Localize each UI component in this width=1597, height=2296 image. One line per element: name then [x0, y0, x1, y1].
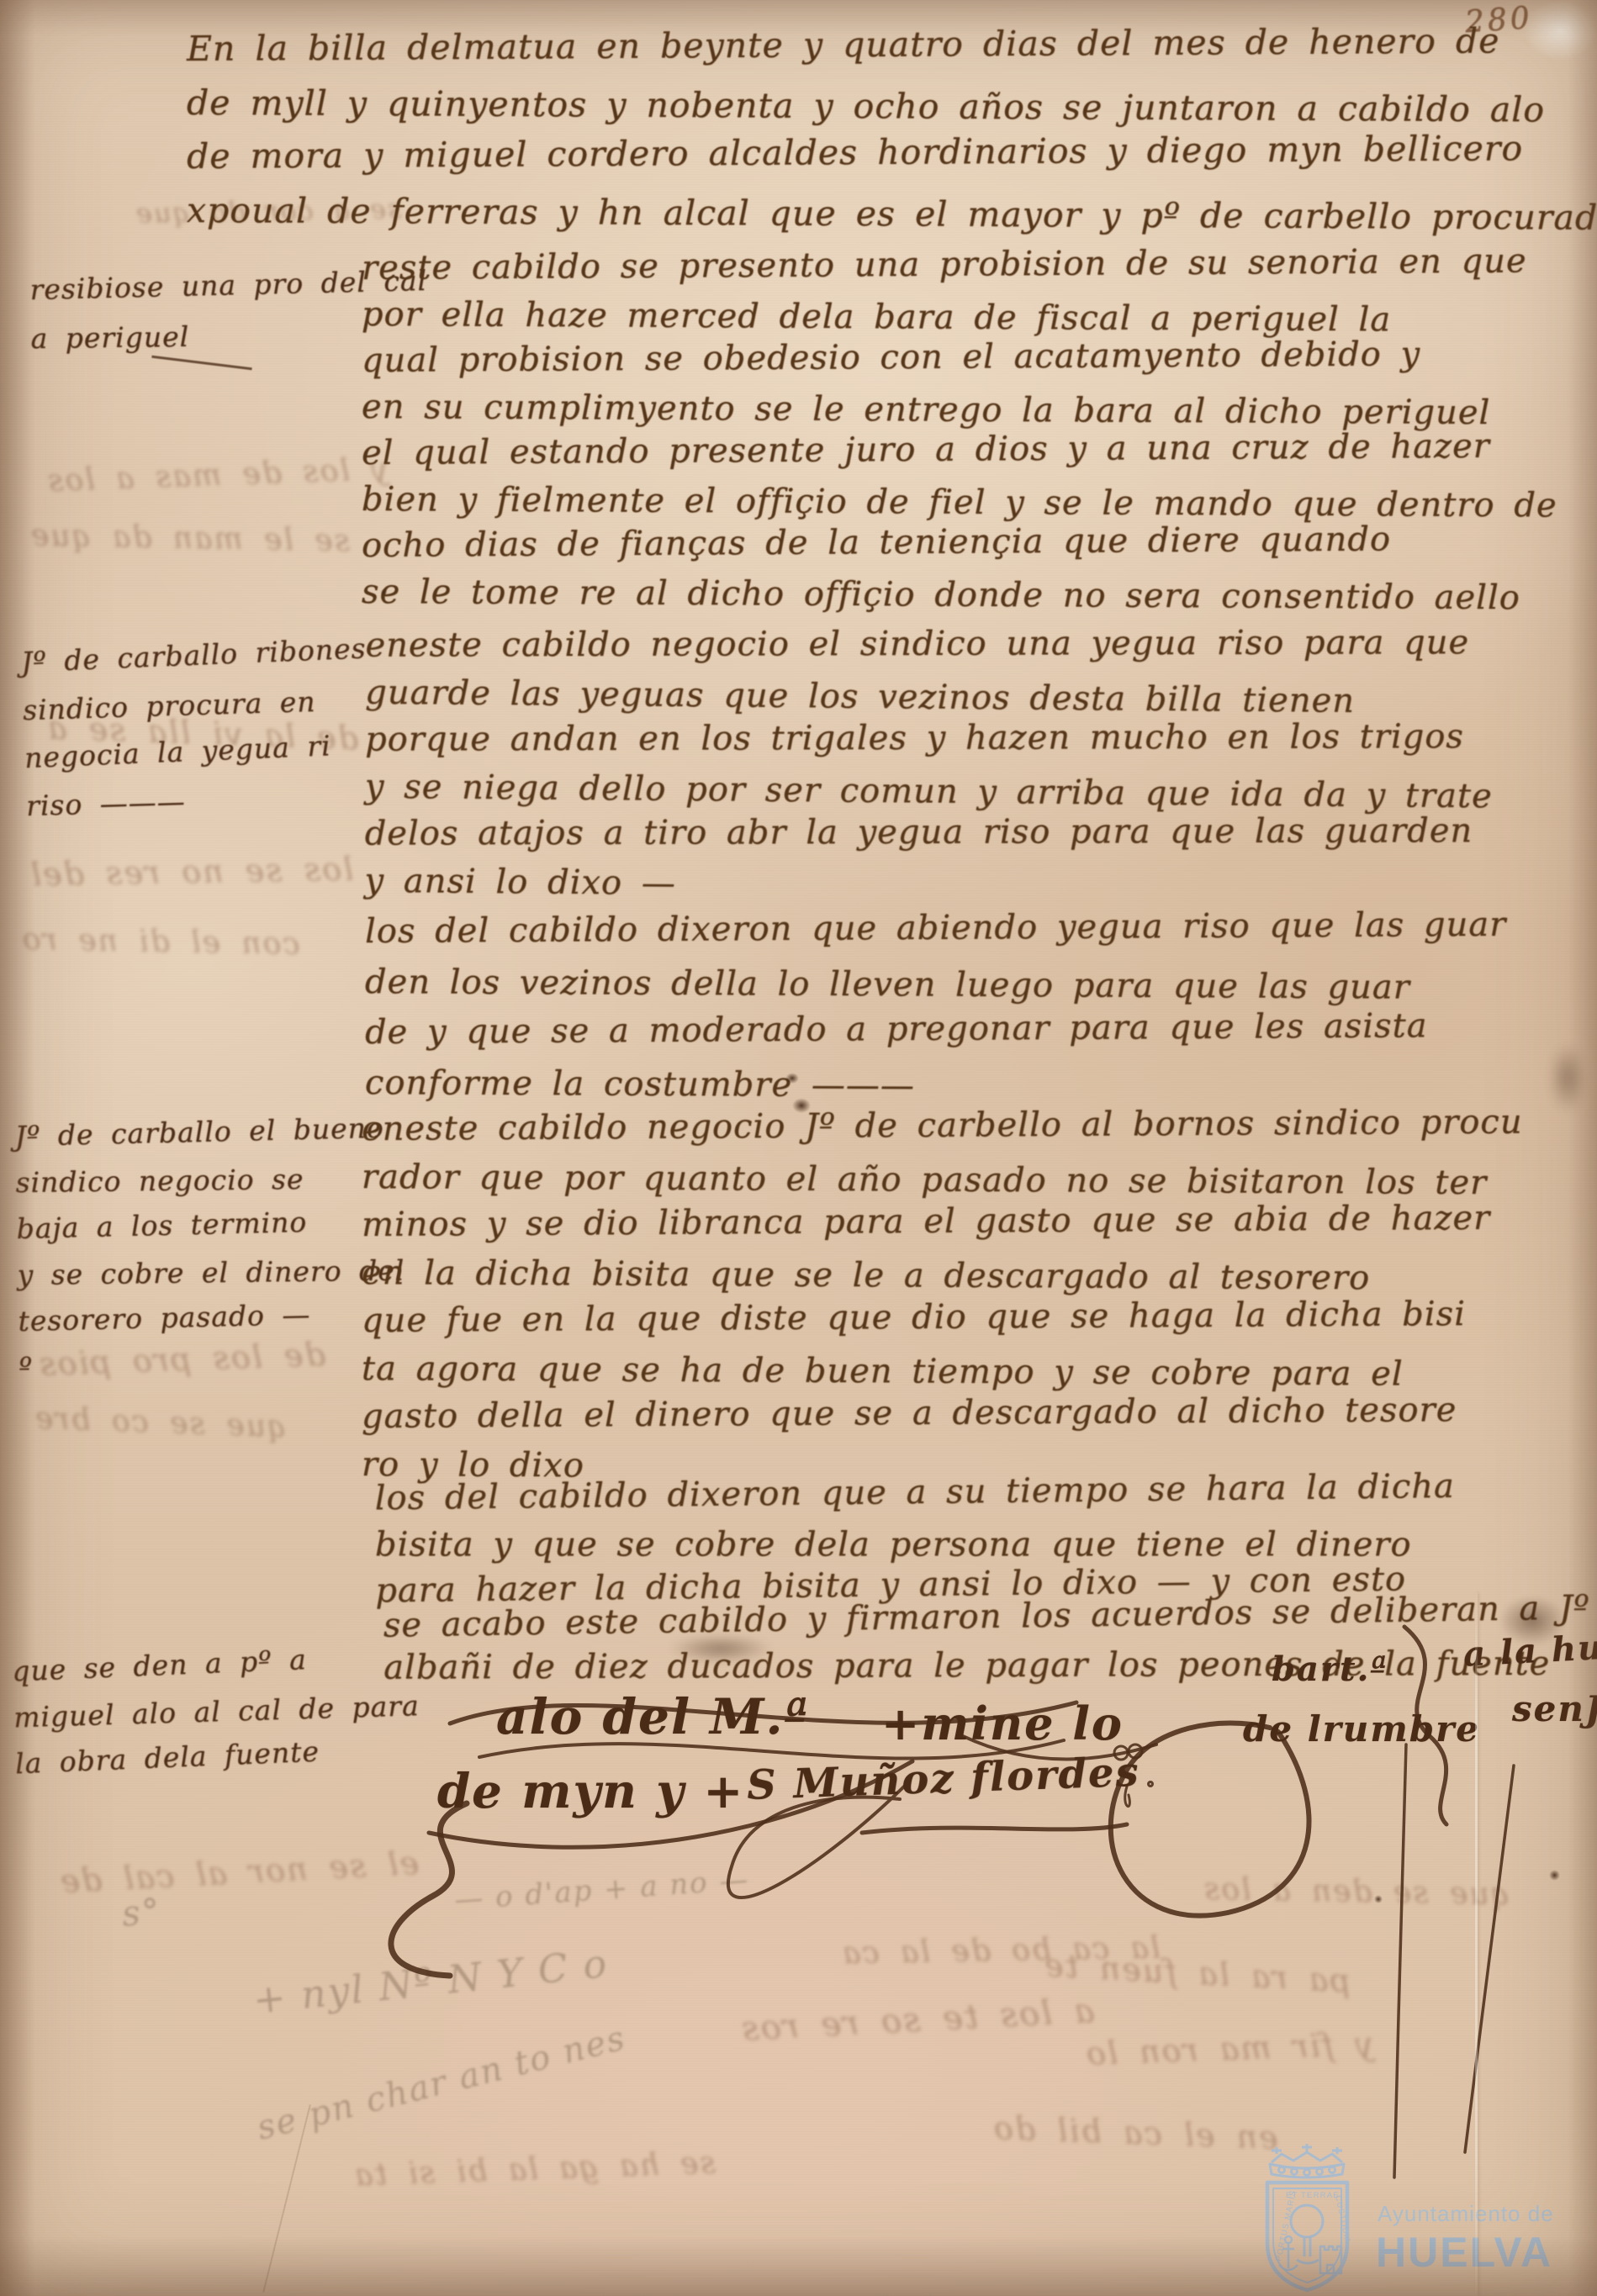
ink-blot	[1549, 1870, 1560, 1881]
manuscript-line: de mora y miguel cordero alcaldes hordin…	[187, 120, 1597, 183]
rubric-mark	[1149, 1782, 1153, 1787]
bleed-through-text: que se co bre	[33, 1401, 287, 1444]
manuscript-line: de y que se a moderado a pregonar para q…	[365, 1000, 1507, 1058]
signature: de myn y +	[437, 1764, 744, 1819]
bleed-through-text: se le man da que	[29, 519, 351, 559]
tree-icon	[1291, 2205, 1323, 2263]
archive-watermark: PORTUS MARIS ET TERRAE CUSTODIA Ayuntami…	[1243, 2132, 1597, 2296]
paper-crease	[1475, 1593, 1478, 2296]
ink-smudge	[1499, 1596, 1566, 1646]
huelva-coat-of-arms-icon: PORTUS MARIS ET TERRAE CUSTODIA	[1246, 2134, 1372, 2296]
bleed-through-text: y los de mas a los	[45, 452, 389, 499]
manuscript-line: gasto della el dinero que se a descargad…	[362, 1386, 1523, 1441]
ink-smudge	[1549, 1042, 1586, 1113]
manuscript-page: 280 En la billa delmatua en beynte y qua…	[0, 0, 1597, 2296]
signature: senJ	[1512, 1688, 1597, 1729]
manuscript-line: minos y se dio libranca para el gasto qu…	[362, 1195, 1523, 1249]
manuscript-line: eneste cabildo negocio Jº de carbello al…	[362, 1099, 1523, 1153]
manuscript-line: delos atajos a tiro abr la yegua riso pa…	[365, 807, 1493, 858]
watermark-city-name: HUELVA	[1376, 2228, 1552, 2277]
manuscript-line: xpoual de ferreras y hn alcal que es el …	[187, 183, 1597, 245]
margin-note-sindico-yegua: Jº de carballo ribones sindico procura e…	[20, 626, 372, 830]
signature: bart.ª	[1272, 1649, 1388, 1689]
watermark-org-name: Ayuntamiento de	[1378, 2201, 1554, 2227]
bleed-through-text: los se no res del	[29, 851, 354, 894]
entry-paragraph-yegua: eneste cabildo negocio el sindico una ye…	[364, 622, 1493, 909]
faint-annotation: s°	[120, 1890, 163, 1934]
manuscript-line: se le tome re al dicho offiçio donde no …	[362, 569, 1557, 621]
rubric-stroke	[1394, 1744, 1406, 2177]
ink-blot	[1374, 1895, 1383, 1903]
manuscript-line: que fue en la que diste que dio que se h…	[362, 1291, 1523, 1345]
motto-top: ET TERRAE	[1286, 2191, 1340, 2200]
margin-note-line: Jº de carballo el bueno	[14, 1104, 403, 1159]
margin-note-line: baja a los termino	[16, 1196, 405, 1252]
manuscript-line: reste cabildo se presento una probision …	[362, 238, 1557, 292]
manuscript-line: eneste cabildo negocio el sindico una ye…	[365, 619, 1493, 669]
signature: alo del M.ª	[496, 1688, 810, 1745]
motto-right: CUSTODIA	[1333, 2194, 1352, 2245]
signature: +mine lo	[881, 1697, 1124, 1750]
manuscript-line: En la billa delmatua en beynte y quatro …	[187, 13, 1597, 76]
manuscript-line: porque andan en los trigales y hazen muc…	[365, 713, 1493, 763]
margin-note-line: riso ———	[25, 772, 372, 830]
manuscript-line: los del cabildo dixeron que abiendo yegu…	[365, 900, 1507, 957]
entry-paragraph-acuerdo-yegua: los del cabildo dixeron que abiendo yegu…	[365, 906, 1506, 1108]
entry-paragraph-provision: reste cabildo se presento una probision …	[362, 245, 1557, 615]
ink-blot	[380, 589, 388, 596]
manuscript-line: qual probision se obedesio con el acatam…	[362, 330, 1557, 384]
opening-paragraph: En la billa delmatua en beynte y quatro …	[187, 22, 1597, 237]
crown-icon	[1270, 2144, 1344, 2177]
rubric-stroke	[1465, 1766, 1514, 2152]
bleed-through-text: con el di ne ro	[21, 922, 300, 962]
ink-blot	[785, 1073, 799, 1084]
ink-blot	[792, 1098, 811, 1113]
manuscript-line: el qual estando presente juro a dios y a…	[362, 423, 1557, 477]
manuscript-line: ocho dias de fianças de la teniençia que…	[362, 515, 1557, 569]
margin-note-line: tesorero pasado —	[18, 1289, 406, 1344]
signature: de lrumbre	[1243, 1708, 1480, 1750]
entry-paragraph-bisita-terminos: eneste cabildo negocio Jº de carbello al…	[362, 1106, 1523, 1489]
rubric-stroke	[1111, 1723, 1309, 1915]
margin-note-terminos: Jº de carballo el bueno sindico negocio …	[14, 1106, 406, 1391]
ink-smudge	[669, 1634, 773, 1663]
margin-note-line: º	[19, 1339, 406, 1391]
rubric-stroke	[862, 1824, 1127, 1833]
rubric-stroke	[391, 1803, 467, 1976]
